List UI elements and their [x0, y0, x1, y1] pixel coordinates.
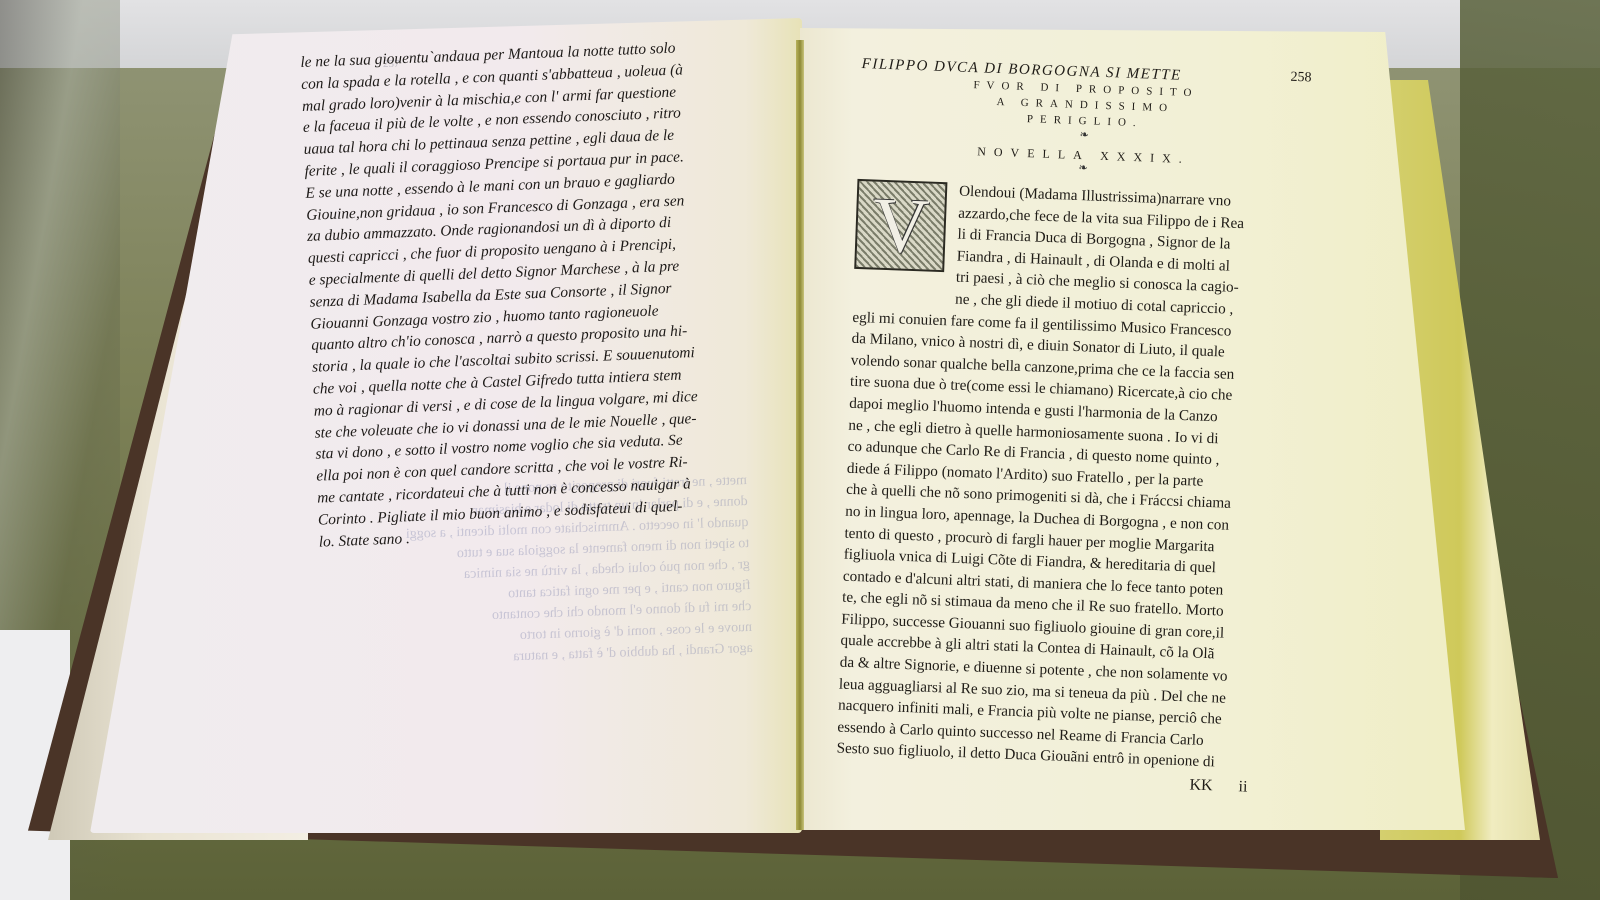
right-folio-number: 258 — [1290, 70, 1312, 87]
woodcut-initial: V — [854, 179, 947, 272]
drop-cap-letter: V — [856, 181, 945, 270]
left-page-text: le ne la sua giouentu`andaua per Mantoua… — [300, 34, 779, 553]
right-page-text: FILIPPO DVCA DI BORGOGNA SI METTE 258 FV… — [835, 56, 1311, 800]
right-page-body: V Olendoui (Madama Illustrissima)narrare… — [835, 177, 1307, 800]
signature-number: ii — [1238, 778, 1248, 795]
book-gutter — [796, 40, 804, 830]
drop-cap-lines: Olendoui (Madama Illustrissima)narrare v… — [955, 181, 1245, 321]
opening-paragraph: V Olendoui (Madama Illustrissima)narrare… — [853, 177, 1307, 323]
chapter-heading: FILIPPO DVCA DI BORGOGNA SI METTE 258 FV… — [858, 56, 1312, 183]
signature-letters: KK — [1189, 777, 1213, 795]
